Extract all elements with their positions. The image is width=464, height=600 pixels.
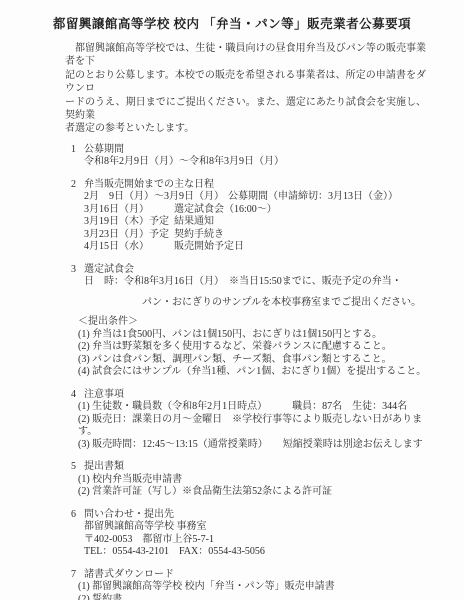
section-application-period: 1 公募期間 令和8年2月9日（月）〜令和8年3月9日（月） xyxy=(71,144,430,169)
section-contact: 6 問い合わせ・提出先 都留興譲館高等学校 事務室 〒402-0053 都留市上… xyxy=(71,509,430,559)
document-item: (1) 校内弁当販売申請書 xyxy=(78,474,430,487)
section-required-documents: 5 提出書類 (1) 校内弁当販売申請書 (2) 営業許可証（写し）※食品衛生法… xyxy=(71,461,430,499)
condition-item: (4) 試食会にはサンプル（弁当1種、パン1個、おにぎり1個）を提出すること。 xyxy=(78,366,430,379)
contact-office: 都留興譲館高等学校 事務室 xyxy=(84,521,430,534)
section-body: 2月 9日（月）〜3月9日（月） 公募期間（申請締切：3月13日（金）） 3月1… xyxy=(84,191,430,254)
section-body: (1) 都留興譲館高等学校 校内「弁当・パン等」販売申請書 (2) 誓約書 xyxy=(78,581,430,600)
section-heading: 7 諸書式ダウンロード xyxy=(71,569,430,582)
sections-container: 1 公募期間 令和8年2月9日（月）〜令和8年3月9日（月） 2 弁当販売開始ま… xyxy=(71,144,430,600)
section-heading: 4 注意事項 xyxy=(71,389,430,402)
section-body: 日 時：令和8年3月16日（月） ※当日15:50までに、販売予定の弁当・ パン… xyxy=(84,276,430,309)
tasting-datetime-line2: パン・おにぎりのサンプルを本校事務室までご提出ください。 xyxy=(142,297,430,310)
download-item: (1) 都留興譲館高等学校 校内「弁当・パン等」販売申請書 xyxy=(78,581,430,594)
schedule-date: 2月 9日（月）〜3月9日（月） xyxy=(84,191,224,204)
section-heading: 3 選定試食会 xyxy=(71,264,430,277)
note-item: (3) 販売時間：12:45〜13:15（通常授業時） 短縮授業時は別途お伝えし… xyxy=(78,439,430,452)
section-schedule: 2 弁当販売開始までの主な日程 2月 9日（月）〜3月9日（月） 公募期間（申請… xyxy=(71,179,430,254)
page-title: 都留興譲館高等学校 校内 「弁当・パン等」販売業者公募要項 xyxy=(0,0,464,32)
section-heading: 5 提出書類 xyxy=(71,461,430,474)
schedule-date: 4月15日（水） xyxy=(84,241,170,254)
section-form-downloads: 7 諸書式ダウンロード (1) 都留興譲館高等学校 校内「弁当・パン等」販売申請… xyxy=(71,569,430,600)
section-number: 3 xyxy=(71,264,84,277)
schedule-date: 3月19日（木）予定 xyxy=(84,216,170,229)
submission-conditions-list: (1) 弁当は1食500円、パンは1個150円、おにぎりは1個150円とする。 … xyxy=(78,329,430,379)
schedule-event: 結果通知 xyxy=(170,216,214,229)
section-body: (1) 生徒数・職員数（令和8年2月1日時点） 職員：87名 生徒：344名 (… xyxy=(78,401,430,451)
document-item: (2) 営業許可証（写し）※食品衛生法第52条による許可証 xyxy=(78,486,430,499)
intro-line: ードのうえ、期日までにご提出ください。また、選定にあたり試食会を実施し、契約業 xyxy=(65,96,426,123)
schedule-row: 3月16日（月） 選定試食会（16:00〜） xyxy=(84,204,430,217)
section-heading-label: 問い合わせ・提出先 xyxy=(84,509,174,522)
section-heading: 2 弁当販売開始までの主な日程 xyxy=(71,179,430,192)
section-number: 7 xyxy=(71,569,84,582)
section-number: 5 xyxy=(71,461,84,474)
schedule-date: 3月16日（月） xyxy=(84,204,170,217)
section-number: 1 xyxy=(71,144,84,157)
schedule-event: 契約手続き xyxy=(170,229,224,242)
note-item: (2) 販売日：課業日の月〜金曜日 ※学校行事等により販売しない日があります。 xyxy=(78,414,430,439)
section-heading: 6 問い合わせ・提出先 xyxy=(71,509,430,522)
section-body: 都留興譲館高等学校 事務室 〒402-0053 都留市上谷5-7-1 TEL：0… xyxy=(84,521,430,559)
application-period-dates: 令和8年2月9日（月）〜令和8年3月9日（月） xyxy=(84,156,430,169)
note-item: (1) 生徒数・職員数（令和8年2月1日時点） 職員：87名 生徒：344名 xyxy=(78,401,430,414)
schedule-row: 3月23日（月）予定 契約手続き xyxy=(84,229,430,242)
schedule-event: 販売開始予定日 xyxy=(170,241,244,254)
section-heading-label: 弁当販売開始までの主な日程 xyxy=(84,179,214,192)
section-heading-label: 注意事項 xyxy=(84,389,124,402)
section-heading-label: 選定試食会 xyxy=(84,264,134,277)
section-body: (1) 校内弁当販売申請書 (2) 営業許可証（写し）※食品衛生法第52条による… xyxy=(78,474,430,499)
intro-line: 記のとおり公募します。本校での販売を希望される事業者は、所定の申請書をダウンロ xyxy=(65,69,426,96)
schedule-row: 3月19日（木）予定 結果通知 xyxy=(84,216,430,229)
intro-line: 者選定の参考といたします。 xyxy=(65,122,426,135)
section-heading-label: 公募期間 xyxy=(84,144,124,157)
section-body: 令和8年2月9日（月）〜令和8年3月9日（月） xyxy=(84,156,430,169)
section-number: 4 xyxy=(71,389,84,402)
section-heading: 1 公募期間 xyxy=(71,144,430,157)
submission-conditions-title: ＜提出条件＞ xyxy=(78,316,430,329)
schedule-event: 選定試食会（16:00〜） xyxy=(170,204,277,217)
section-heading-label: 提出書類 xyxy=(84,461,124,474)
section-number: 6 xyxy=(71,509,84,522)
intro-line: 都留興譲館高等学校では、生徒・職員向けの昼食用弁当及びパン等の販売事業者を下 xyxy=(65,42,426,69)
download-item: (2) 誓約書 xyxy=(78,594,430,600)
condition-item: (2) 弁当は野菜類を多く使用するなど、栄養バランスに配慮すること。 xyxy=(78,341,430,354)
condition-item: (3) パンは食パン類、調理パン類、チーズ類、食事パン類とすること。 xyxy=(78,354,430,367)
section-heading-label: 諸書式ダウンロード xyxy=(84,569,174,582)
contact-address: 〒402-0053 都留市上谷5-7-1 xyxy=(84,534,430,547)
condition-item: (1) 弁当は1食500円、パンは1個150円、おにぎりは1個150円とする。 xyxy=(78,329,430,342)
schedule-row: 4月15日（水） 販売開始予定日 xyxy=(84,241,430,254)
section-number: 2 xyxy=(71,179,84,192)
schedule-date: 3月23日（月）予定 xyxy=(84,229,170,242)
tasting-datetime-line1: 日 時：令和8年3月16日（月） ※当日15:50までに、販売予定の弁当・ xyxy=(84,276,430,289)
schedule-event: 公募期間（申請締切：3月13日（金）） xyxy=(224,191,398,204)
document-page: 都留興譲館高等学校 校内 「弁当・パン等」販売業者公募要項 都留興譲館高等学校で… xyxy=(0,0,464,600)
intro-paragraph: 都留興譲館高等学校では、生徒・職員向けの昼食用弁当及びパン等の販売事業者を下 記… xyxy=(65,42,426,136)
section-tasting-event: 3 選定試食会 日 時：令和8年3月16日（月） ※当日15:50までに、販売予… xyxy=(71,264,430,379)
section-notes: 4 注意事項 (1) 生徒数・職員数（令和8年2月1日時点） 職員：87名 生徒… xyxy=(71,389,430,452)
contact-tel-fax: TEL：0554-43-2101 FAX：0554-43-5056 xyxy=(84,546,430,559)
schedule-row: 2月 9日（月）〜3月9日（月） 公募期間（申請締切：3月13日（金）） xyxy=(84,191,430,204)
